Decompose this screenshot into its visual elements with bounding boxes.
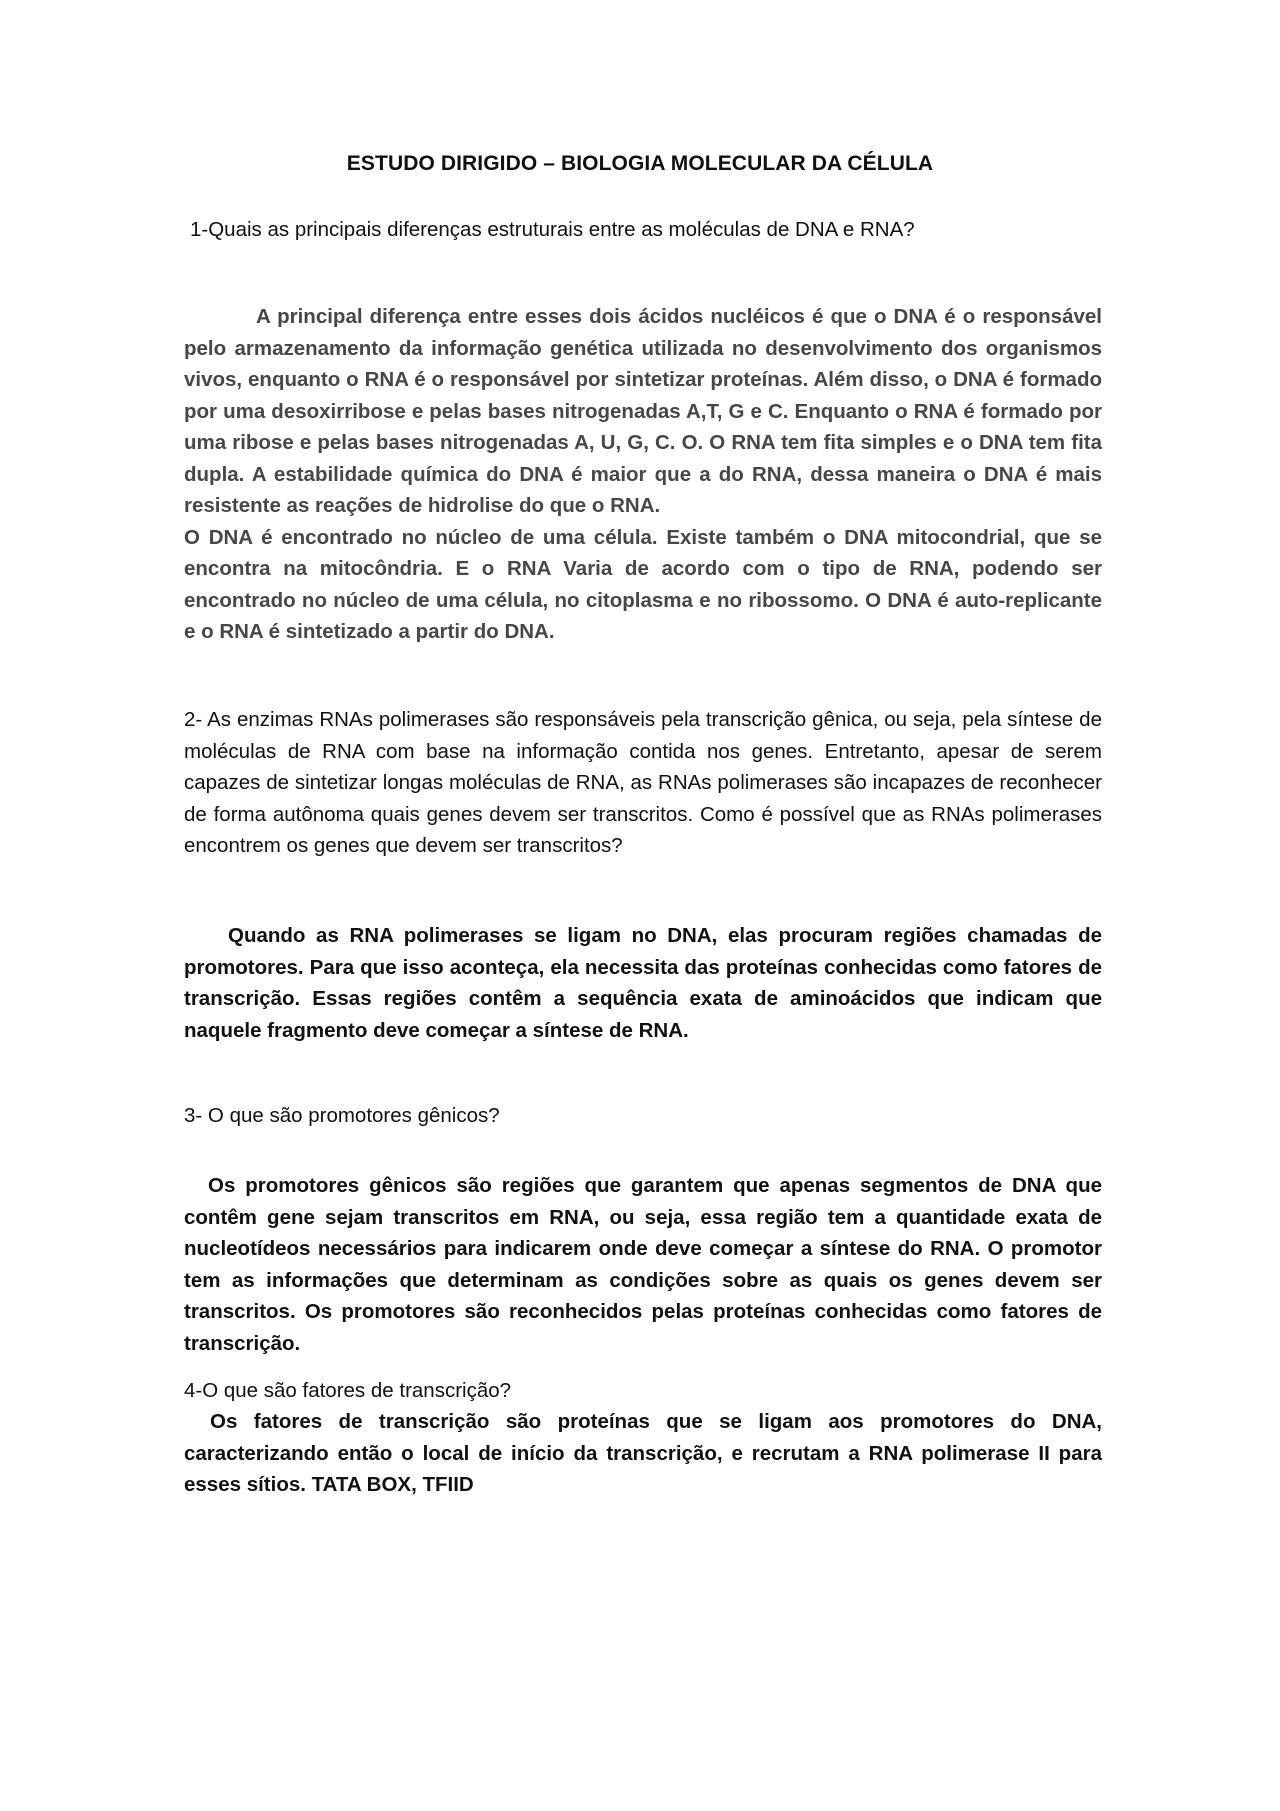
answer-4-paragraph: Os fatores de transcrição são proteínas …: [184, 1406, 1102, 1501]
answer-3-paragraph: Os promotores gênicos são regiões que ga…: [184, 1170, 1102, 1359]
question-1: 1-Quais as principais diferenças estrutu…: [190, 214, 1108, 246]
document-title: ESTUDO DIRIGIDO – BIOLOGIA MOLECULAR DA …: [0, 152, 1280, 176]
answer-1-continuation: O DNA é encontrado no núcleo de uma célu…: [184, 522, 1102, 648]
answer-3: Os promotores gênicos são regiões que ga…: [184, 1170, 1102, 1359]
question-4: 4-O que são fatores de transcrição?: [184, 1375, 1102, 1407]
answer-2: Quando as RNA polimerases se ligam no DN…: [184, 920, 1102, 1046]
question-3: 3- O que são promotores gênicos?: [184, 1100, 1102, 1132]
document-page: ESTUDO DIRIGIDO – BIOLOGIA MOLECULAR DA …: [0, 0, 1280, 1811]
answer-1: A principal diferença entre esses dois á…: [184, 301, 1102, 648]
answer-2-paragraph: Quando as RNA polimerases se ligam no DN…: [184, 920, 1102, 1046]
answer-4: Os fatores de transcrição são proteínas …: [184, 1406, 1102, 1501]
question-2: 2- As enzimas RNAs polimerases são respo…: [184, 704, 1102, 862]
answer-1-paragraph: A principal diferença entre esses dois á…: [184, 301, 1102, 522]
